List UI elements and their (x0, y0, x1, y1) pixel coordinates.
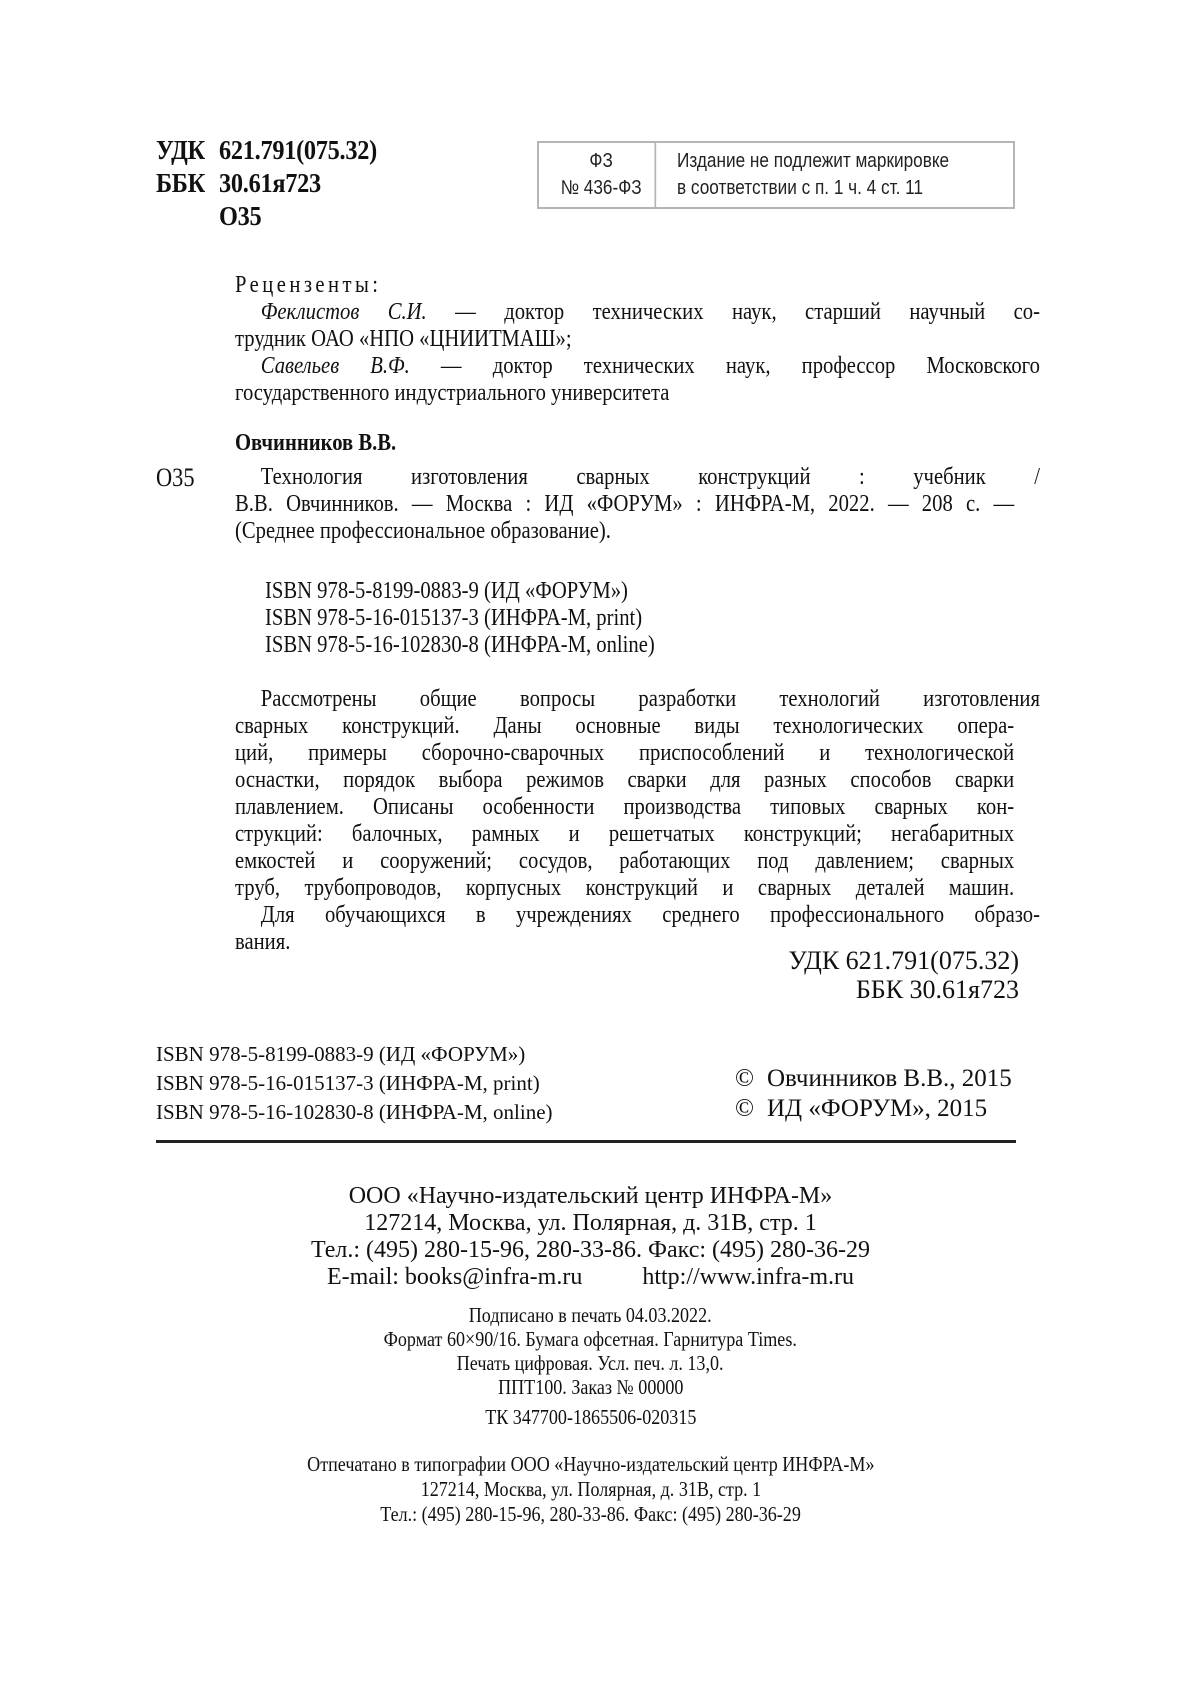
print-method: Печать цифровая. Усл. печ. л. 13,0. (457, 1351, 724, 1375)
law-name: ФЗ (589, 148, 612, 175)
print-info: Подписано в печать 04.03.2022. Формат 60… (0, 1303, 1181, 1429)
publisher-name: ООО «Научно-издательский центр ИНФРА-М» (0, 1183, 1181, 1210)
law-reference: ФЗ № 436-ФЗ (548, 143, 656, 207)
isbn-item: ISBN 978-5-16-015137-3 (ИНФРА-М, print) (265, 605, 655, 632)
divider-line (156, 1140, 1016, 1143)
annotation-line: сварных конструкций. Даны основные виды … (235, 713, 1014, 740)
bbk-row: ББК30.61я723 (156, 167, 377, 200)
print-format: Формат 60×90/16. Бумага офсетная. Гарнит… (384, 1327, 797, 1351)
bbk-label: ББК (156, 167, 219, 200)
classification-block: УДК621.791(075.32) ББК30.61я723 О35 (156, 134, 377, 233)
marking-notice-box: ФЗ № 436-ФЗ Издание не подлежит маркиров… (537, 141, 1015, 209)
copyright-line: ©ИД «ФОРУМ», 2015 (735, 1094, 1012, 1124)
isbn-item: ISBN 978-5-16-015137-3 (ИНФРА-М, print) (156, 1069, 553, 1098)
reviewer-1-line-1: Феклистов С.И. — доктор технических наук… (235, 299, 1040, 326)
annotation: Рассмотрены общие вопросы разработки тех… (235, 686, 1040, 956)
publisher-address: 127214, Москва, ул. Полярная, д. 31В, ст… (0, 1210, 1181, 1237)
udk-value: 621.791(075.32) (219, 135, 377, 165)
bib-line: Технология изготовления сварных конструк… (235, 464, 1040, 491)
classification-right: УДК 621.791(075.32) ББК 30.61я723 (788, 946, 1019, 1004)
author-cipher: О35 (156, 464, 195, 491)
printer-address: 127214, Москва, ул. Полярная, д. 31В, ст… (420, 1477, 760, 1502)
author-name: Овчинников В.В. (235, 430, 396, 457)
bib-line: (Среднее профессиональное образование). (235, 518, 1014, 545)
printer-phones: Тел.: (495) 280-15-96, 280-33-86. Факс: … (380, 1502, 801, 1527)
annotation-line: струкций: балочных, рамных и решетчатых … (235, 821, 1014, 848)
reviewer-2-line-1: Савельев В.Ф. — доктор технических наук,… (235, 353, 1040, 380)
copyright-icon: © (735, 1064, 767, 1094)
copyright-line: ©Овчинников В.В., 2015 (735, 1064, 1012, 1094)
marking-notice-line-2: в соответствии с п. 1 ч. 4 ст. 11 (677, 175, 966, 202)
isbn-list: ISBN 978-5-8199-0883-9 (ИД «ФОРУМ») ISBN… (265, 578, 655, 659)
annotation-line: оснастки, порядок выбора режимов сварки … (235, 767, 1014, 794)
law-number: № 436-ФЗ (561, 175, 642, 202)
tk-code: ТК 347700-1865506-020315 (485, 1405, 696, 1429)
imprint-page: УДК621.791(075.32) ББК30.61я723 О35 ФЗ №… (0, 0, 1181, 1693)
printer-info: Отпечатано в типографии ООО «Научно-изда… (0, 1452, 1181, 1527)
publisher-phones: Тел.: (495) 280-15-96, 280-33-86. Факс: … (0, 1237, 1181, 1264)
udk-label: УДК (156, 134, 219, 167)
reviewer-1-line-2: трудник ОАО «НПО «ЦНИИТМАШ»; (235, 326, 1014, 353)
reviewer-2-name: Савельев В.Ф. (261, 353, 410, 379)
annotation-line: ций, примеры сборочно-сварочных приспосо… (235, 740, 1014, 767)
bbk-value: 30.61я723 (219, 168, 321, 198)
isbn-item: ISBN 978-5-16-102830-8 (ИНФРА-М, online) (156, 1098, 553, 1127)
annotation-line: Рассмотрены общие вопросы разработки тех… (235, 686, 1040, 713)
bibliographic-description: Технология изготовления сварных конструк… (235, 464, 1040, 545)
printer-name: Отпечатано в типографии ООО «Научно-изда… (307, 1452, 874, 1477)
reviewer-1-name: Феклистов С.И. (261, 299, 427, 325)
publisher-info: ООО «Научно-издательский центр ИНФРА-М» … (0, 1183, 1181, 1291)
isbn-item: ISBN 978-5-8199-0883-9 (ИД «ФОРУМ») (265, 578, 655, 605)
udk-right: УДК 621.791(075.32) (788, 946, 1019, 975)
publisher-email[interactable]: E-mail: books@infra-m.ru (327, 1264, 582, 1291)
reviewer-2-line-2: государственного индустриального универс… (235, 380, 1014, 407)
author-mark: О35 (156, 200, 377, 233)
reviewers-heading: Рецензенты: (235, 272, 1014, 299)
annotation-line: емкостей и сооружений; сосудов, работающ… (235, 848, 1014, 875)
isbn-item: ISBN 978-5-8199-0883-9 (ИД «ФОРУМ») (156, 1040, 553, 1069)
marking-notice-text: Издание не подлежит маркировке в соответ… (665, 143, 1013, 207)
signed-for-print: Подписано в печать 04.03.2022. (469, 1303, 712, 1327)
order-number: ППТ100. Заказ № 00000 (498, 1375, 683, 1399)
annotation-line: труб, трубопроводов, корпусных конструкц… (235, 875, 1014, 902)
bib-line: В.В. Овчинников. — Москва : ИД «ФОРУМ» :… (235, 491, 1014, 518)
bbk-right: ББК 30.61я723 (788, 975, 1019, 1004)
copyright-block: ©Овчинников В.В., 2015 ©ИД «ФОРУМ», 2015 (735, 1064, 1012, 1124)
isbn-item: ISBN 978-5-16-102830-8 (ИНФРА-М, online) (265, 632, 655, 659)
udk-row: УДК621.791(075.32) (156, 134, 377, 167)
reviewers-section: Рецензенты: Феклистов С.И. — доктор техн… (235, 272, 906, 407)
annotation-line: плавлением. Описаны особенности производ… (235, 794, 1014, 821)
isbn-list-bottom: ISBN 978-5-8199-0883-9 (ИД «ФОРУМ») ISBN… (156, 1040, 553, 1127)
publisher-website[interactable]: http://www.infra-m.ru (642, 1264, 854, 1291)
copyright-icon: © (735, 1094, 767, 1124)
marking-notice-line-1: Издание не подлежит маркировке (677, 148, 966, 175)
annotation-line: Для обучающихся в учреждениях среднего п… (235, 902, 1040, 929)
publisher-contacts: E-mail: books@infra-m.ruhttp://www.infra… (0, 1264, 1181, 1291)
